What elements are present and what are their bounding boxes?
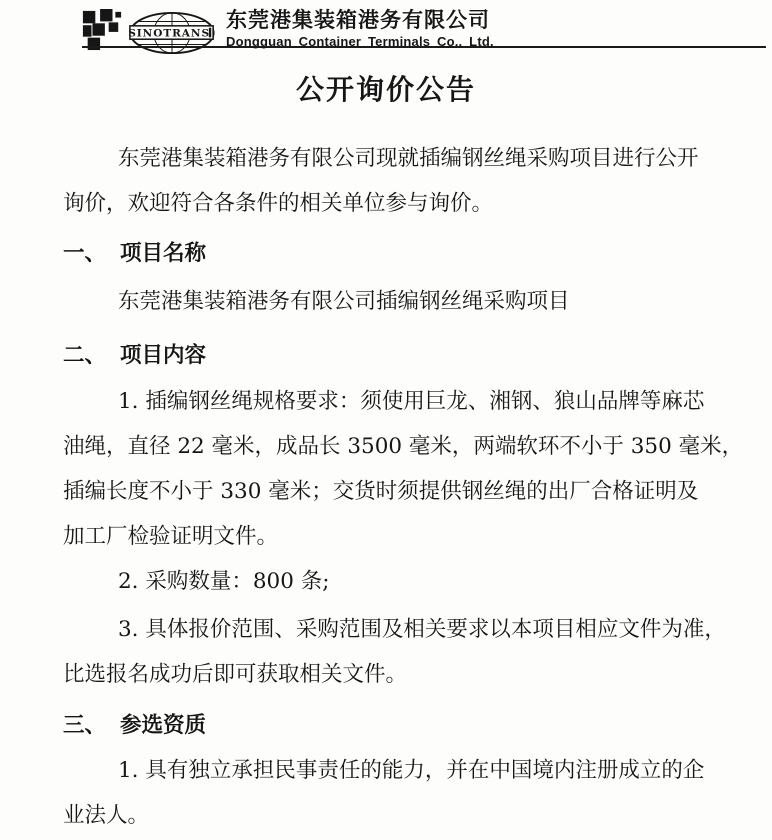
sinotrans-globe-icon: SINOTRANS — [126, 11, 218, 55]
section-2-heading: 二、项目内容 — [63, 333, 709, 378]
section-3-item-1-line-1: 1. 具有独立承担民事责任的能力，并在中国境内注册成立的企 — [63, 748, 709, 793]
section-2-item-1-line-1: 1. 插编钢丝绳规格要求：须使用巨龙、湘钢、狼山品牌等麻芯 — [63, 379, 709, 424]
intro-line-2: 询价，欢迎符合各条件的相关单位参与询价。 — [63, 181, 709, 226]
section-3-number: 三、 — [63, 713, 106, 738]
document-body: 东莞港集装箱港务有限公司现就插编钢丝绳采购项目进行公开 询价，欢迎符合各条件的相… — [0, 136, 772, 838]
section-2-item-2-line-1: 2. 采购数量：800 条; — [63, 559, 709, 604]
section-3-item-1-line-2: 业法人。 — [63, 793, 709, 838]
sinotrans-pixel-mark-icon — [82, 9, 122, 51]
letterhead: SINOTRANS 东莞港集装箱港务有限公司 Dongguan Containe… — [0, 0, 772, 50]
section-1-body-line: 东莞港集装箱港务有限公司插编钢丝绳采购项目 — [63, 279, 709, 324]
section-1-heading-text: 项目名称 — [120, 241, 206, 266]
section-2-heading-text: 项目内容 — [120, 343, 206, 368]
section-1-heading: 一、项目名称 — [63, 231, 709, 276]
company-name-block: 东莞港集装箱港务有限公司 Dongguan Container Terminal… — [226, 9, 494, 49]
section-3-heading: 三、参选资质 — [63, 703, 709, 748]
section-2-item-1-line-2: 油绳，直径 22 毫米，成品长 3500 毫米，两端软环不小于 350 毫米， — [63, 424, 709, 469]
section-2-item-1-line-4: 加工厂检验证明文件。 — [63, 514, 709, 559]
intro-line-1: 东莞港集装箱港务有限公司现就插编钢丝绳采购项目进行公开 — [63, 136, 709, 181]
sinotrans-logo-text: SINOTRANS — [128, 28, 210, 40]
section-3-heading-text: 参选资质 — [120, 713, 206, 738]
document-page: SINOTRANS 东莞港集装箱港务有限公司 Dongguan Containe… — [0, 0, 772, 840]
section-2-item-1-line-3: 插编长度不小于 330 毫米；交货时须提供钢丝绳的出厂合格证明及 — [63, 469, 709, 514]
section-2-item-3-line-2: 比选报名成功后即可获取相关文件。 — [63, 652, 709, 697]
section-2-number: 二、 — [63, 343, 106, 368]
page-title: 公开询价公告 — [0, 72, 772, 108]
section-2-item-3-line-1: 3. 具体报价范围、采购范围及相关要求以本项目相应文件为准， — [63, 607, 709, 652]
header-divider — [82, 46, 766, 48]
section-1-number: 一、 — [63, 241, 106, 266]
company-name-cn: 东莞港集装箱港务有限公司 — [226, 9, 494, 33]
